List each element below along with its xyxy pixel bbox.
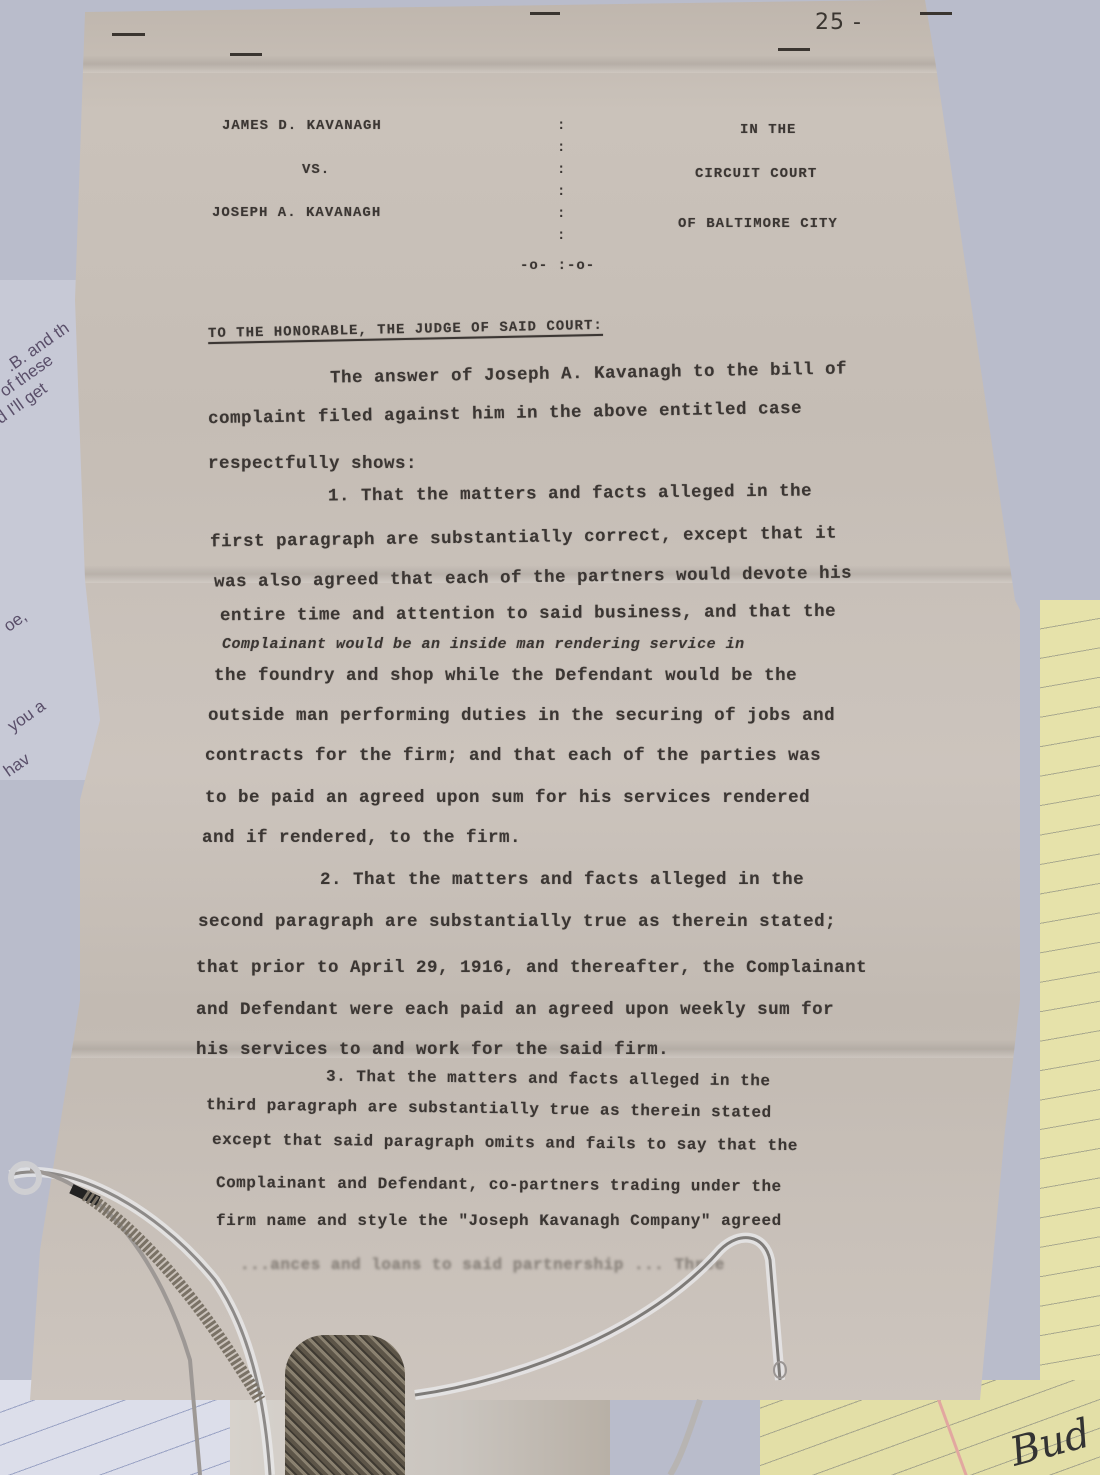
body-line: his services to and work for the said fi… xyxy=(196,1040,669,1060)
paragraph-2-start: 2. That the matters and facts alleged in… xyxy=(320,870,804,890)
body-line: second paragraph are substantially true … xyxy=(198,912,836,932)
glasses-cord-coil xyxy=(285,1335,405,1475)
body-line: the foundry and shop while the Defendant… xyxy=(214,666,797,686)
obscured-body-line: ...ances and loans to said partnership .… xyxy=(240,1256,725,1274)
body-line: Complainant would be an inside man rende… xyxy=(222,636,745,653)
body-line: contracts for the firm; and that each of… xyxy=(205,746,821,766)
versus-label: VS. xyxy=(302,162,330,178)
body-line: outside man performing duties in the sec… xyxy=(208,706,835,726)
margin-mark xyxy=(778,48,810,51)
margin-mark xyxy=(530,12,560,15)
body-line: and Defendant were each paid an agreed u… xyxy=(196,1000,834,1020)
margin-mark xyxy=(230,53,262,56)
handwritten-page-number: 25 - xyxy=(815,10,862,35)
section-break: -o- :-o- xyxy=(520,258,595,274)
legal-pad xyxy=(1040,600,1100,1475)
plaintiff-name: JAMES D. KAVANAGH xyxy=(222,118,382,134)
caption-divider: : : : : : : xyxy=(557,115,565,247)
body-line: respectfully shows: xyxy=(208,454,417,474)
margin-mark xyxy=(112,33,145,36)
court-line-3: OF BALTIMORE CITY xyxy=(678,216,838,232)
court-line-2: CIRCUIT COURT xyxy=(695,166,817,182)
body-line: that prior to April 29, 1916, and therea… xyxy=(196,958,867,978)
body-line: firm name and style the "Joseph Kavanagh… xyxy=(216,1212,782,1230)
paper-fold xyxy=(30,55,1030,73)
margin-mark xyxy=(920,12,952,15)
body-line: and if rendered, to the firm. xyxy=(202,828,521,848)
defendant-name: JOSEPH A. KAVANAGH xyxy=(212,205,381,221)
court-line-1: IN THE xyxy=(740,122,796,138)
body-line: to be paid an agreed upon sum for his se… xyxy=(205,788,810,808)
